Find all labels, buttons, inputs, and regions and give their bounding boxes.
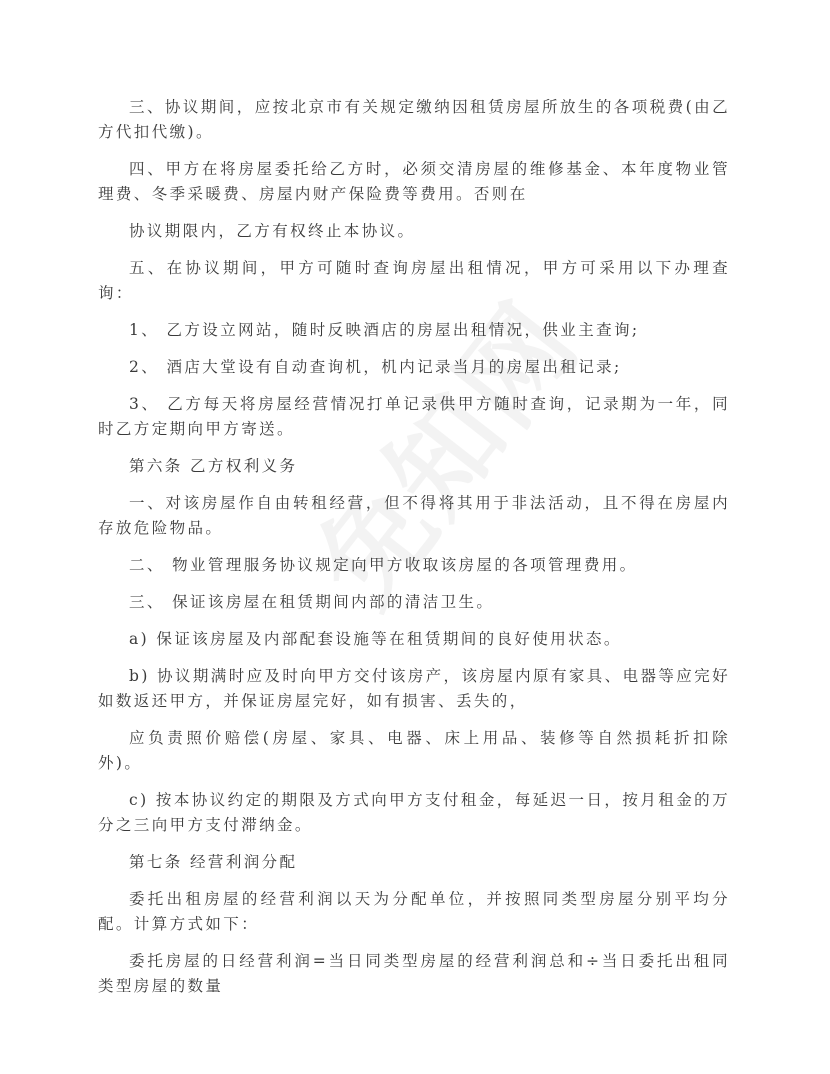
article-7-distribution: 委托出租房屋的经营利润以天为分配单位，并按照同类型房屋分别平均分配。计算方式如下… (98, 887, 730, 937)
article-6-item-1: 一、对该房屋作自由转租经营，但不得将其用于非法活动，且不得在房屋内存放危险物品。 (98, 491, 730, 541)
article-6-item-2: 二、 物业管理服务协议规定向甲方收取该房屋的各项管理费用。 (98, 553, 730, 578)
article-6-item-b-compensation: 应负责照价赔偿(房屋、家具、电器、床上用品、装修等自然损耗折扣除外)。 (98, 726, 730, 776)
article-7-formula: 委托房屋的日经营利润=当日同类型房屋的经营利润总和÷当日委托出租同类型房屋的数量 (98, 949, 730, 999)
article-6-item-3: 三、 保证该房屋在租赁期间内部的清洁卫生。 (98, 590, 730, 615)
article-7-heading: 第七条 经营利润分配 (98, 850, 730, 875)
clause-5-inquiry: 五、在协议期间，甲方可随时查询房屋出租情况，甲方可采用以下办理查询： (98, 256, 730, 306)
clause-5-item-3: 3、 乙方每天将房屋经营情况打单记录供甲方随时查询，记录期为一年，同时乙方定期向… (98, 392, 730, 442)
article-6-item-b: b) 协议期满时应及时向甲方交付该房产，该房屋内原有家具、电器等应完好如数返还甲… (98, 664, 730, 714)
clause-3-taxes: 三、协议期间，应按北京市有关规定缴纳因租赁房屋所放生的各项税费(由乙方代扣代缴)… (98, 95, 730, 145)
article-6-item-a: a) 保证该房屋及内部配套设施等在租赁期间的良好使用状态。 (98, 627, 730, 652)
clause-4-fees: 四、甲方在将房屋委托给乙方时，必须交清房屋的维修基金、本年度物业管理费、冬季采暖… (98, 157, 730, 207)
clause-4-termination: 协议期限内，乙方有权终止本协议。 (98, 219, 730, 244)
article-6-item-c: c) 按本协议约定的期限及方式向甲方支付租金，每延迟一日，按月租金的万分之三向甲… (98, 788, 730, 838)
clause-5-item-1: 1、 乙方设立网站，随时反映酒店的房屋出租情况，供业主查询; (98, 318, 730, 343)
document-page: 三、协议期间，应按北京市有关规定缴纳因租赁房屋所放生的各项税费(由乙方代扣代缴)… (98, 95, 730, 1011)
clause-5-item-2: 2、 酒店大堂设有自动查询机，机内记录当月的房屋出租记录; (98, 355, 730, 380)
article-6-heading: 第六条 乙方权利义务 (98, 454, 730, 479)
